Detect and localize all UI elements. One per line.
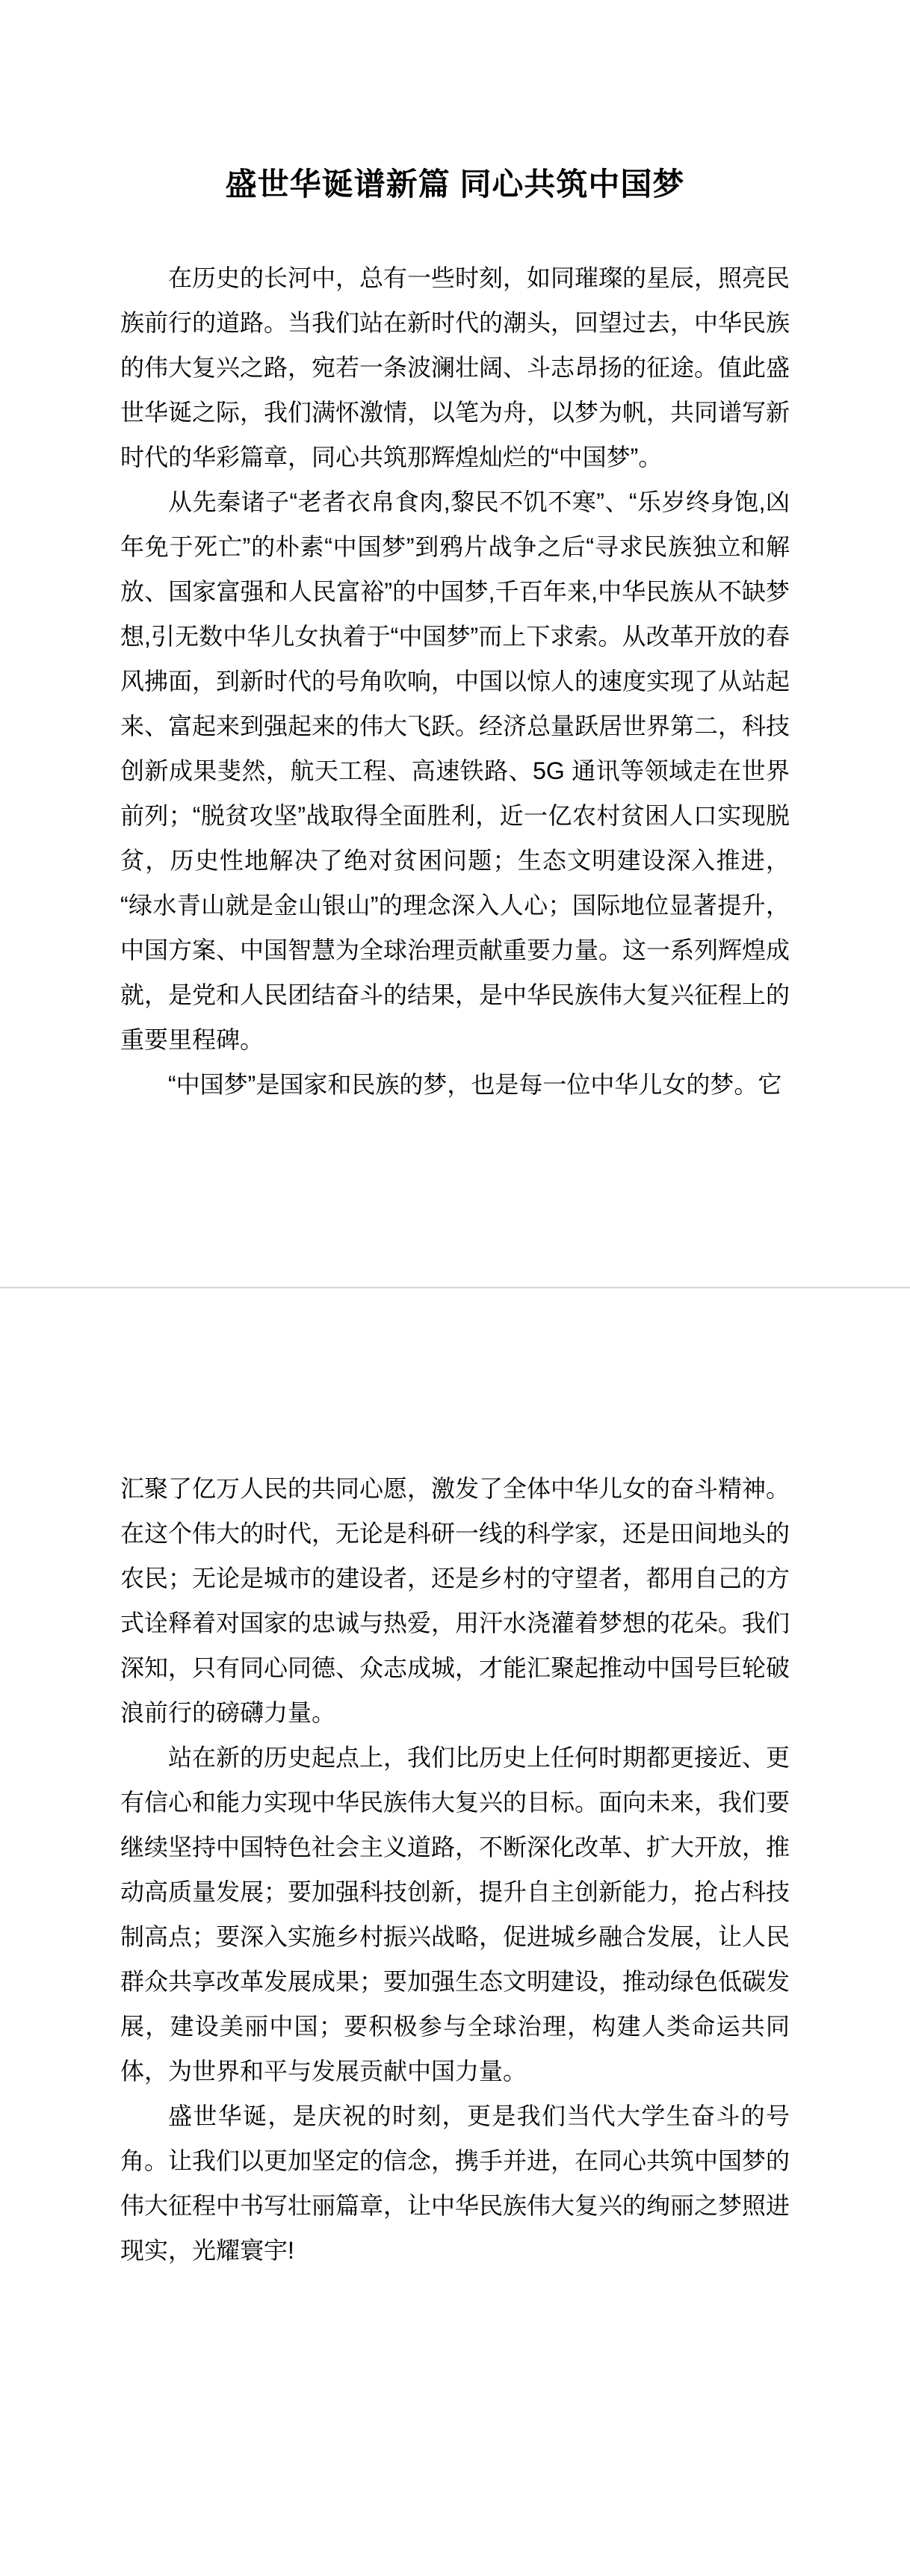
- document-title: 盛世华诞谱新篇 同心共筑中国梦: [120, 166, 790, 203]
- paragraph-china-dream-start: “中国梦”是国家和民族的梦，也是每一位中华儿女的梦。它: [120, 1062, 790, 1107]
- paragraph-new-starting-point: 站在新的历史起点上，我们比历史上任何时期都更接近、更有信心和能力实现中华民族伟大…: [120, 1735, 790, 2094]
- paragraph-history: 从先秦诸子“老者衣帛食肉,黎民不饥不寒”、“乐岁终身饱,凶年免于死亡”的朴素“中…: [120, 479, 790, 1062]
- paragraph-china-dream-continuation: 汇聚了亿万人民的共同心愿，激发了全体中华儿女的奋斗精神。在这个伟大的时代，无论是…: [120, 1466, 790, 1735]
- document-page-1: 盛世华诞谱新篇 同心共筑中国梦 在历史的长河中，总有一些时刻，如同璀璨的星辰，照…: [0, 0, 910, 1287]
- document-page-2: 汇聚了亿万人民的共同心愿，激发了全体中华儿女的奋斗精神。在这个伟大的时代，无论是…: [0, 1288, 910, 2576]
- paragraph-intro: 在历史的长河中，总有一些时刻，如同璀璨的星辰，照亮民族前行的道路。当我们站在新时…: [120, 255, 790, 479]
- paragraph-conclusion: 盛世华诞，是庆祝的时刻，更是我们当代大学生奋斗的号角。让我们以更加坚定的信念，携…: [120, 2094, 790, 2273]
